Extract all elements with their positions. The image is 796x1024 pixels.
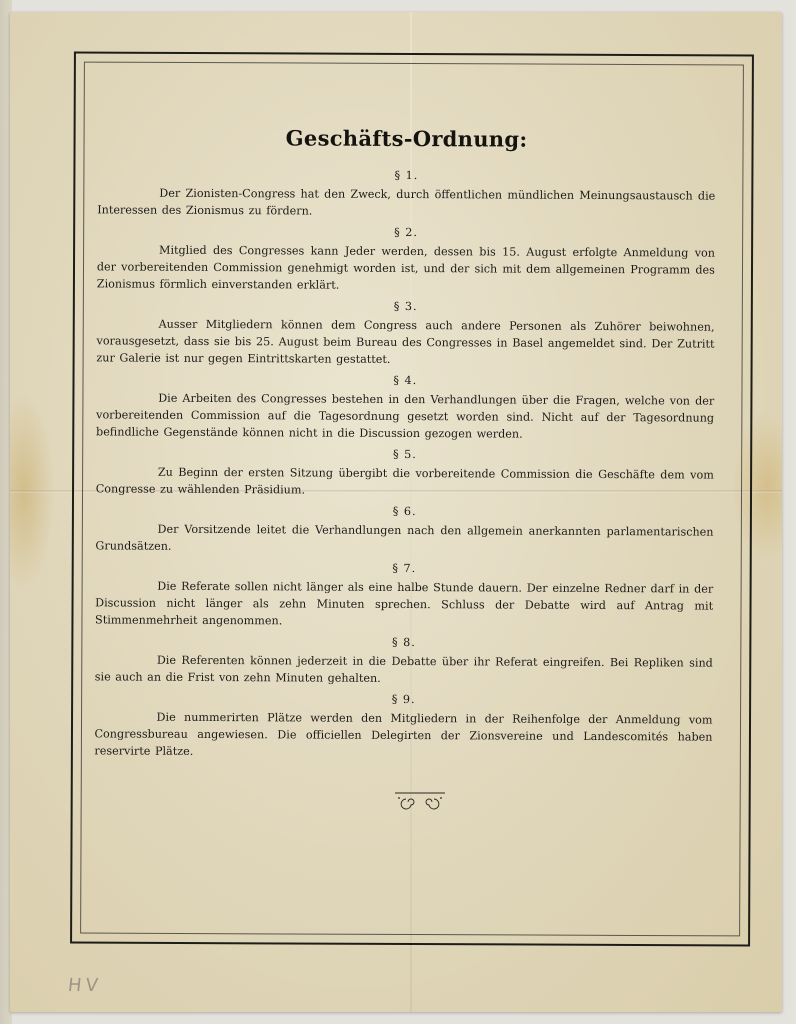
section-number: § 9. (95, 689, 713, 709)
section-3: § 3. Ausser Mitgliedern können dem Congr… (96, 296, 714, 369)
section-text: Die nummerirten Plätze werden den Mitgli… (94, 708, 712, 762)
section-4: § 4. Die Arbeiten des Congresses bestehe… (96, 370, 714, 443)
document-body: Geschäfts-Ordnung: § 1. Der Zionisten-Co… (94, 118, 715, 765)
section-text: Die Referate sollen nicht länger als ein… (95, 577, 713, 631)
section-number: § 5. (96, 444, 714, 464)
section-number: § 2. (97, 222, 715, 242)
handwritten-note: HV (67, 975, 103, 996)
section-text: Die Referenten können jederzeit in die D… (95, 651, 713, 688)
section-7: § 7. Die Referate sollen nicht länger al… (95, 558, 713, 631)
section-8: § 8. Die Referenten können jederzeit in … (95, 632, 713, 688)
section-number: § 8. (95, 632, 713, 652)
section-number: § 3. (97, 296, 715, 316)
section-5: § 5. Zu Beginn der ersten Sitzung übergi… (96, 444, 714, 500)
document-title: Geschäfts-Ordnung: (98, 128, 716, 148)
section-number: § 4. (96, 370, 714, 390)
section-text: Die Arbeiten des Congresses bestehen in … (96, 389, 714, 443)
scroll-ornament-icon (390, 790, 450, 810)
section-text: Der Vorsitzende leitet die Verhandlungen… (95, 520, 713, 557)
section-text: Ausser Mitgliedern können dem Congress a… (96, 315, 714, 369)
section-number: § 7. (95, 558, 713, 578)
section-text: Mitglied des Congresses kann Jeder werde… (97, 241, 715, 295)
section-6: § 6. Der Vorsitzende leitet die Verhandl… (95, 501, 713, 557)
section-9: § 9. Die nummerirten Plätze werden den M… (94, 689, 712, 762)
section-text: Zu Beginn der ersten Sitzung übergibt di… (96, 463, 714, 500)
section-text: Der Zionisten-Congress hat den Zweck, du… (97, 184, 715, 221)
section-2: § 2. Mitglied des Congresses kann Jeder … (97, 222, 715, 295)
section-1: § 1. Der Zionisten-Congress hat den Zwec… (97, 165, 715, 221)
section-number: § 1. (97, 165, 715, 185)
section-number: § 6. (96, 501, 714, 521)
